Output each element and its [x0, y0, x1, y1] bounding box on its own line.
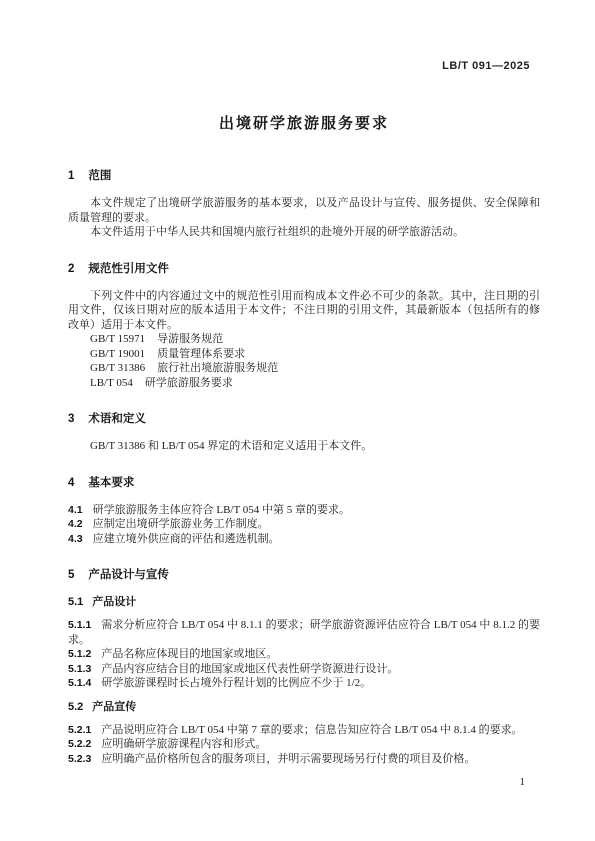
clause-number: 5.1.3: [68, 663, 91, 675]
doc-code: LB/T 091—2025: [442, 60, 530, 72]
reference-code: LB/T 054: [90, 377, 133, 389]
clause-number: 4.3: [68, 533, 83, 545]
subsection-heading: 5.2产品宣传: [68, 700, 540, 714]
reference-item: GB/T 19001质量管理体系要求: [68, 347, 540, 362]
section-number: 3: [68, 413, 74, 425]
paragraph: 下列文件中的内容通过文中的规范性引用而构成本文件必不可少的条款。其中，注日期的引…: [68, 289, 540, 333]
paragraph: GB/T 31386 和 LB/T 054 界定的术语和定义适用于本文件。: [68, 439, 540, 454]
section-number: 5: [68, 569, 74, 581]
clause-number: 5.2.3: [68, 753, 91, 765]
reference-name: 旅行社出境旅游服务规范: [157, 362, 278, 374]
subsection-product-design: 5.1产品设计 5.1.1需求分析应符合 LB/T 054 中 8.1.1 的要…: [68, 595, 540, 691]
section-product-design-publicity: 5产品设计与宣传 5.1产品设计 5.1.1需求分析应符合 LB/T 054 中…: [68, 568, 540, 766]
subsection-number: 5.2: [68, 701, 83, 713]
clause: 5.2.2应明确研学旅游课程内容和形式。: [68, 737, 540, 752]
section-heading-product-design-publicity: 5产品设计与宣传: [68, 568, 540, 582]
clause-text: 应制定出境研学旅游业务工作制度。: [93, 518, 269, 530]
section-heading-terms: 3术语和定义: [68, 412, 540, 426]
section-heading-references: 2规范性引用文件: [68, 262, 540, 276]
clause-number: 5.2.1: [68, 724, 91, 736]
clause-text: 产品说明应符合 LB/T 054 中第 7 章的要求；信息告知应符合 LB/T …: [101, 724, 522, 736]
reference-code: GB/T 19001: [90, 348, 145, 360]
reference-item: GB/T 15971导游服务规范: [68, 332, 540, 347]
subsection-number: 5.1: [68, 596, 83, 608]
reference-list: GB/T 15971导游服务规范 GB/T 19001质量管理体系要求 GB/T…: [68, 332, 540, 390]
clause: 5.1.2产品名称应体现目的地国家或地区。: [68, 647, 540, 662]
clause: 5.2.1产品说明应符合 LB/T 054 中第 7 章的要求；信息告知应符合 …: [68, 723, 540, 738]
section-heading-basic-requirements: 4基本要求: [68, 476, 540, 490]
clause-number: 5.2.2: [68, 738, 91, 750]
reference-code: GB/T 15971: [90, 333, 145, 345]
clause-text: 应明确产品价格所包含的服务项目，并明示需要现场另行付费的项目及价格。: [101, 753, 475, 765]
clause-text: 应建立境外供应商的评估和遴选机制。: [93, 533, 280, 545]
subsection-title: 产品宣传: [92, 701, 136, 713]
clause-number: 4.1: [68, 504, 83, 516]
clause-text: 研学旅游课程时长占境外行程计划的比例应不少于 1/2。: [101, 677, 371, 689]
clause-text: 应明确研学旅游课程内容和形式。: [101, 738, 266, 750]
document-page: LB/T 091—2025 出境研学旅游服务要求 1范围 本文件规定了出境研学旅…: [0, 0, 595, 841]
subsection-title: 产品设计: [92, 596, 136, 608]
section-title: 基本要求: [88, 477, 134, 489]
subsection-heading: 5.1产品设计: [68, 595, 540, 609]
section-title: 产品设计与宣传: [88, 569, 169, 581]
paragraph: 本文件规定了出境研学旅游服务的基本要求，以及产品设计与宣传、服务提供、安全保障和…: [68, 196, 540, 225]
reference-name: 研学旅游服务要求: [145, 377, 233, 389]
document-footer: 1: [520, 776, 526, 788]
clause: 5.2.3应明确产品价格所包含的服务项目，并明示需要现场另行付费的项目及价格。: [68, 752, 540, 767]
section-number: 2: [68, 263, 74, 275]
reference-code: GB/T 31386: [90, 362, 145, 374]
clause-number: 4.2: [68, 518, 83, 530]
page-number: 1: [520, 776, 526, 788]
clause: 5.1.1需求分析应符合 LB/T 054 中 8.1.1 的要求；研学旅游资源…: [68, 618, 540, 647]
doc-title: 出境研学旅游服务要求: [68, 112, 540, 133]
section-title: 术语和定义: [88, 413, 146, 425]
clause-number: 5.1.4: [68, 677, 91, 689]
clause: 4.3应建立境外供应商的评估和遴选机制。: [68, 532, 540, 547]
section-title: 范围: [88, 170, 111, 182]
paragraph: 本文件适用于中华人民共和国境内旅行社组织的赴境外开展的研学旅游活动。: [68, 225, 540, 240]
reference-item: GB/T 31386旅行社出境旅游服务规范: [68, 361, 540, 376]
clause-text: 研学旅游服务主体应符合 LB/T 054 中第 5 章的要求。: [93, 504, 350, 516]
section-heading-scope: 1范围: [68, 169, 540, 183]
reference-item: LB/T 054研学旅游服务要求: [68, 376, 540, 391]
clause-number: 5.1.1: [68, 619, 91, 631]
section-basic-requirements: 4基本要求 4.1研学旅游服务主体应符合 LB/T 054 中第 5 章的要求。…: [68, 476, 540, 547]
clause-text: 产品内容应结合目的地国家或地区代表性研学资源进行设计。: [101, 663, 398, 675]
section-number: 4: [68, 477, 74, 489]
subsection-product-publicity: 5.2产品宣传 5.2.1产品说明应符合 LB/T 054 中第 7 章的要求；…: [68, 700, 540, 767]
clause-text: 产品名称应体现目的地国家或地区。: [101, 648, 277, 660]
section-title: 规范性引用文件: [88, 263, 169, 275]
reference-name: 质量管理体系要求: [157, 348, 245, 360]
section-scope: 1范围 本文件规定了出境研学旅游服务的基本要求，以及产品设计与宣传、服务提供、安…: [68, 169, 540, 240]
document-header: LB/T 091—2025: [68, 60, 540, 74]
reference-name: 导游服务规范: [157, 333, 223, 345]
clause: 5.1.3产品内容应结合目的地国家或地区代表性研学资源进行设计。: [68, 662, 540, 677]
section-normative-references: 2规范性引用文件 下列文件中的内容通过文中的规范性引用而构成本文件必不可少的条款…: [68, 262, 540, 391]
clause-text: 需求分析应符合 LB/T 054 中 8.1.1 的要求；研学旅游资源评估应符合…: [68, 619, 540, 646]
clause: 5.1.4研学旅游课程时长占境外行程计划的比例应不少于 1/2。: [68, 676, 540, 691]
clause-number: 5.1.2: [68, 648, 91, 660]
clause: 4.2应制定出境研学旅游业务工作制度。: [68, 517, 540, 532]
section-number: 1: [68, 170, 74, 182]
clause: 4.1研学旅游服务主体应符合 LB/T 054 中第 5 章的要求。: [68, 503, 540, 518]
section-terms-definitions: 3术语和定义 GB/T 31386 和 LB/T 054 界定的术语和定义适用于…: [68, 412, 540, 454]
